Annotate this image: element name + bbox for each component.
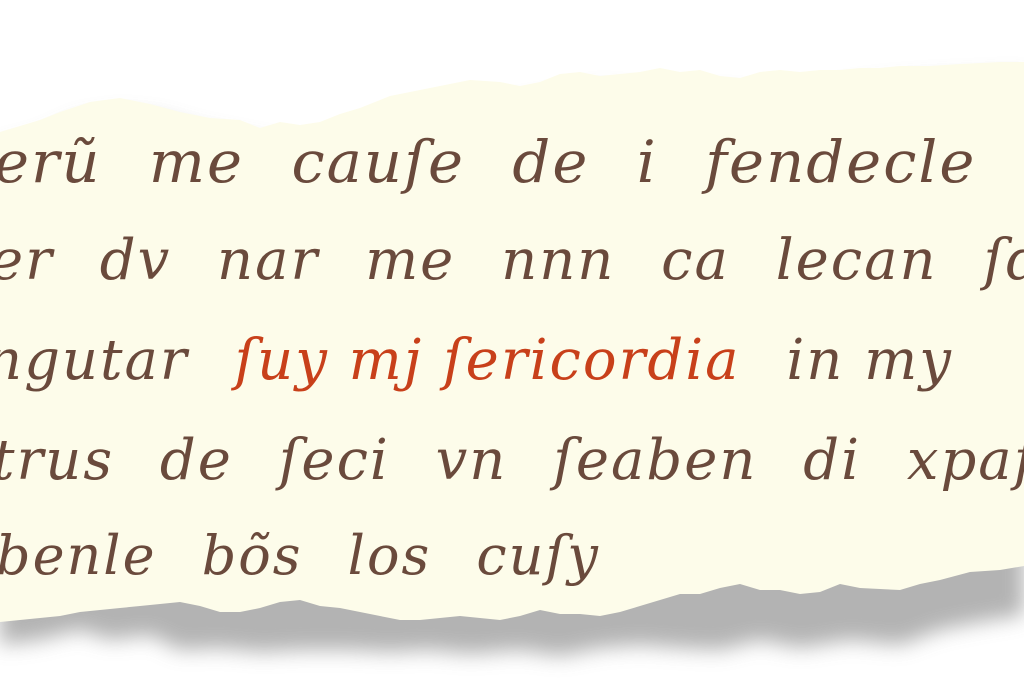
word: ſdeb <box>983 228 1024 293</box>
word: di <box>803 428 861 493</box>
word: ſeaben <box>553 428 757 493</box>
word: de <box>160 428 233 493</box>
word: vn <box>436 428 508 493</box>
word: i <box>637 128 658 196</box>
rubric-text: ſuy mj ſericordia <box>234 328 740 393</box>
manuscript-image: erũ me cauſe de i fendecle q̃ ſu er dv n… <box>0 0 1024 683</box>
word: xpaſt <box>907 428 1024 493</box>
word: benle <box>0 524 157 587</box>
word: ca <box>661 228 730 293</box>
manuscript-line-4: trus de ſeci vn ſeaben di xpaſt <box>0 428 1024 493</box>
word: me <box>365 228 455 293</box>
word: dv <box>100 228 171 293</box>
word: trus <box>0 428 114 493</box>
word: erũ <box>0 128 102 196</box>
word: lecan <box>776 228 938 293</box>
word: bõs <box>202 524 303 587</box>
manuscript-line-3: ngutar ſuy mj ſericordia in my <box>0 328 979 393</box>
word: me <box>149 128 244 196</box>
word: cauſe <box>291 128 465 196</box>
word: ngutar <box>0 328 189 393</box>
word: fendecle <box>705 128 976 196</box>
word: cuſy <box>476 524 600 587</box>
word: de <box>512 128 589 196</box>
word: ſeci <box>279 428 390 493</box>
manuscript-line-2: er dv nar me nnn ca lecan ſdeb <box>0 228 1024 293</box>
word: er <box>0 228 54 293</box>
word: nnn <box>501 228 615 293</box>
word: nar <box>217 228 319 293</box>
manuscript-line-5: benle bõs los cuſy <box>0 524 626 587</box>
manuscript-line-1: erũ me cauſe de i fendecle q̃ ſu <box>0 128 1024 196</box>
word: los <box>348 524 432 587</box>
word: in my <box>786 328 953 393</box>
